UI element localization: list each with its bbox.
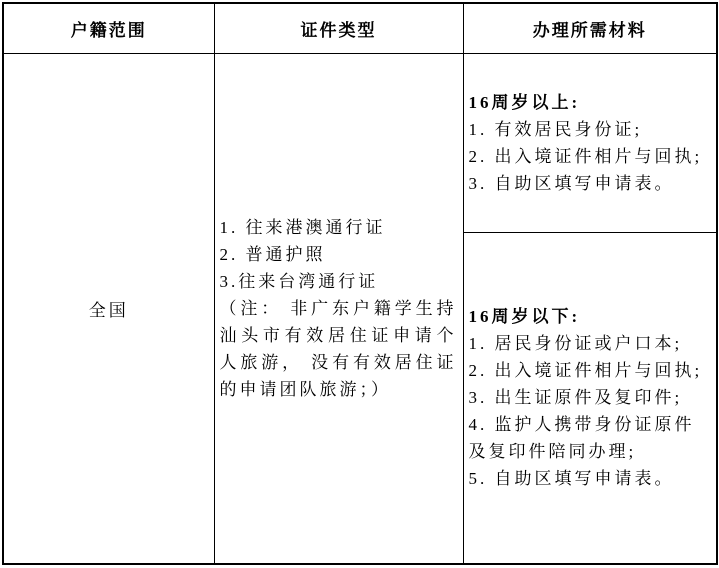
document-type-item: 2. 普通护照 — [220, 241, 457, 268]
cell-materials-age-16-plus: 16周岁以上: 1. 有效居民身份证; 2. 出入境证件相片与回执; 3. 自助… — [463, 53, 717, 232]
materials-item: 2. 出入境证件相片与回执; — [469, 143, 711, 170]
materials-item: 2. 出入境证件相片与回执; — [469, 357, 711, 384]
document-type-item: 3.往来台湾通行证 — [220, 268, 457, 295]
header-required-materials: 办理所需材料 — [463, 3, 717, 53]
table-header-row: 户籍范围 证件类型 办理所需材料 — [3, 3, 717, 53]
entry-exit-requirements-table: 户籍范围 证件类型 办理所需材料 全国 1. 往来港澳通行证 2. 普通护照 3… — [2, 2, 718, 565]
materials-item: 1. 有效居民身份证; — [469, 116, 711, 143]
materials-under-16-title: 16周岁以下: — [469, 303, 711, 330]
materials-item: 1. 居民身份证或户口本; — [469, 330, 711, 357]
header-document-type: 证件类型 — [214, 3, 463, 53]
document-type-note: （注： 非广东户籍学生持汕头市有效居住证申请个人旅游， 没有有效居住证的申请团队… — [220, 295, 457, 403]
header-household-scope: 户籍范围 — [3, 3, 214, 53]
document-page: 户籍范围 证件类型 办理所需材料 全国 1. 往来港澳通行证 2. 普通护照 3… — [0, 0, 719, 568]
materials-item: 5. 自助区填写申请表。 — [469, 465, 711, 492]
cell-document-types: 1. 往来港澳通行证 2. 普通护照 3.往来台湾通行证 （注： 非广东户籍学生… — [214, 53, 463, 564]
materials-item: 3. 自助区填写申请表。 — [469, 170, 711, 197]
materials-16-plus-title: 16周岁以上: — [469, 89, 711, 116]
document-type-item: 1. 往来港澳通行证 — [220, 214, 457, 241]
cell-household-scope: 全国 — [3, 53, 214, 564]
materials-item: 3. 出生证原件及复印件; — [469, 384, 711, 411]
materials-item: 4. 监护人携带身份证原件及复印件陪同办理; — [469, 411, 711, 465]
cell-materials-under-16: 16周岁以下: 1. 居民身份证或户口本; 2. 出入境证件相片与回执; 3. … — [463, 232, 717, 564]
table-body-row-top: 全国 1. 往来港澳通行证 2. 普通护照 3.往来台湾通行证 （注： 非广东户… — [3, 53, 717, 232]
